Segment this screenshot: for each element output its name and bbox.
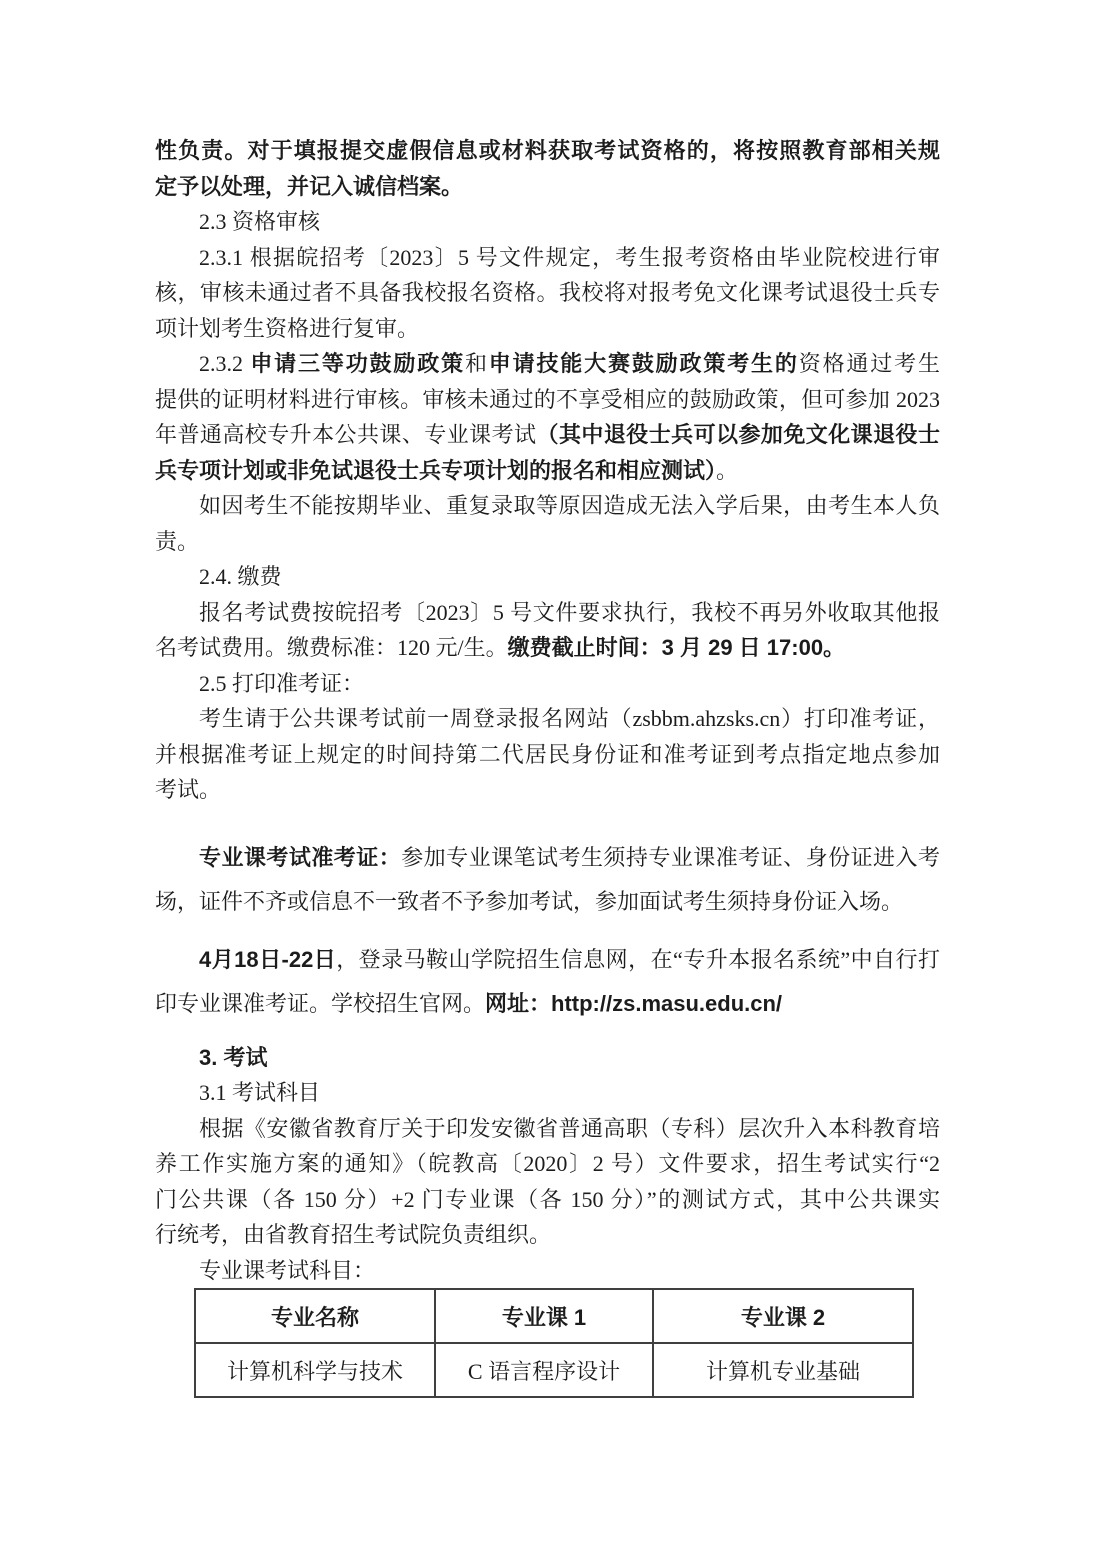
text-run: 考试。 (155, 777, 221, 802)
text-run: 报名考试费按皖招考〔2023〕5 号文件要求执行，我校不再另外收取其他报 (199, 600, 940, 625)
paragraph: 3.1 考试科目 (155, 1075, 940, 1111)
text-run: 责。 (155, 529, 199, 554)
text-run: 2.4. 缴费 (199, 564, 282, 589)
text-line: 名考试费用。缴费标准：120 元/生。缴费截止时间：3 月 29 日 17:00… (155, 630, 940, 666)
table-header-cell: 专业课 2 (653, 1289, 913, 1343)
text-run: 参加专业课笔试考生须持专业课准考证、身份证进入考 (401, 845, 940, 870)
text-line: 场，证件不齐或信息不一致者不予参加考试，参加面试考生须持身份证入场。 (155, 880, 940, 924)
text-run: 并根据准考证上规定的时间持第二代居民身份证和准考证到考点指定地点参加 (155, 742, 940, 767)
bold-text-run: 申请技能大赛鼓励政策考生的 (489, 351, 799, 376)
paragraph: 报名考试费按皖招考〔2023〕5 号文件要求执行，我校不再另外收取其他报名考试费… (155, 595, 940, 666)
bold-text-run: 4月18日-22日 (199, 947, 336, 972)
text-run: 专业课考试科目： (199, 1258, 375, 1283)
table-row: 计算机科学与技术C 语言程序设计计算机专业基础 (195, 1343, 913, 1397)
text-line: 门公共课（各 150 分）+2 门专业课（各 150 分）”的测试方式，其中公共… (155, 1182, 940, 1218)
paragraph: 2.3.1 根据皖招考〔2023〕5 号文件规定，考生报考资格由毕业院校进行审核… (155, 240, 940, 347)
paragraph: 4月18日-22日，登录马鞍山学院招生信息网，在“专升本报名系统”中自行打印专业… (155, 938, 940, 1026)
text-line: 责。 (155, 524, 940, 560)
paragraph: 2.3 资格审核 (155, 204, 940, 240)
subject-table: 专业名称专业课 1专业课 2计算机科学与技术C 语言程序设计计算机专业基础 (194, 1288, 914, 1398)
text-run: 养工作实施方案的通知》（皖教高〔2020〕2 号）文件要求，招生考试实行“2 (155, 1151, 940, 1176)
table-header-cell: 专业课 1 (435, 1289, 653, 1343)
text-line: 核，审核未通过者不具备我校报名资格。我校将对报考免文化课考试退役士兵专 (155, 275, 940, 311)
text-line: 2.4. 缴费 (155, 559, 940, 595)
text-line: 2.3.1 根据皖招考〔2023〕5 号文件规定，考生报考资格由毕业院校进行审 (155, 240, 940, 276)
text-line: 3. 考试 (155, 1040, 940, 1076)
text-line: 专业课考试准考证：参加专业课笔试考生须持专业课准考证、身份证进入考 (155, 836, 940, 880)
table-cell: 计算机专业基础 (653, 1343, 913, 1397)
table-cell: 计算机科学与技术 (195, 1343, 435, 1397)
bold-text-run: 网址：http://zs.masu.edu.cn/ (485, 991, 782, 1016)
text-line: 4月18日-22日，登录马鞍山学院招生信息网，在“专升本报名系统”中自行打 (155, 938, 940, 982)
text-run: 考生请于公共课考试前一周登录报名网站（zsbbm.ahzsks.cn）打印准考证… (199, 706, 940, 731)
bold-text-run: 专业课考试准考证： (199, 845, 401, 870)
text-run: 名考试费用。缴费标准：120 元/生。 (155, 635, 508, 660)
text-line: 养工作实施方案的通知》（皖教高〔2020〕2 号）文件要求，招生考试实行“2 (155, 1146, 940, 1182)
bold-text-run: 性负责。对于填报提交虚假信息或材料获取考试资格的，将按照教育部相关规 (155, 138, 940, 163)
table-cell: C 语言程序设计 (435, 1343, 653, 1397)
bold-text-run: 缴费截止时间：3 月 29 日 17:00。 (508, 635, 845, 660)
text-line: 行统考，由省教育招生考试院负责组织。 (155, 1217, 940, 1253)
text-run: 如因考生不能按期毕业、重复录取等原因造成无法入学后果，由考生本人负 (199, 493, 940, 518)
text-run: ，登录马鞍山学院招生信息网，在“专升本报名系统”中自行打 (336, 947, 940, 972)
table-header-cell: 专业名称 (195, 1289, 435, 1343)
text-run: 2.3.2 (199, 351, 250, 376)
text-line: 兵专项计划或非免试退役士兵专项计划的报名和相应测试）。 (155, 453, 940, 489)
text-line: 考生请于公共课考试前一周登录报名网站（zsbbm.ahzsks.cn）打印准考证… (155, 701, 940, 737)
text-run: 2.3.1 根据皖招考〔2023〕5 号文件规定，考生报考资格由毕业院校进行审 (199, 245, 940, 270)
text-run: 项计划考生资格进行复审。 (155, 316, 419, 341)
text-run: 场，证件不齐或信息不一致者不予参加考试，参加面试考生须持身份证入场。 (155, 889, 903, 914)
document-body: 性负责。对于填报提交虚假信息或材料获取考试资格的，将按照教育部相关规定予以处理，… (155, 133, 940, 1398)
text-run: 。 (716, 458, 738, 483)
bold-text-run: 申请三等功鼓励政策 (250, 351, 465, 376)
text-line: 3.1 考试科目 (155, 1075, 940, 1111)
text-line: 定予以处理，并记入诚信档案。 (155, 169, 940, 205)
paragraph: 如因考生不能按期毕业、重复录取等原因造成无法入学后果，由考生本人负责。 (155, 488, 940, 559)
paragraph: 2.4. 缴费 (155, 559, 940, 595)
bold-text-run: 定予以处理，并记入诚信档案。 (155, 174, 463, 199)
text-line: 根据《安徽省教育厅关于印发安徽省普通高职（专科）层次升入本科教育培 (155, 1111, 940, 1147)
text-run: 年普通高校专升本公共课、专业课考试 (155, 422, 537, 447)
document-page: 性负责。对于填报提交虚假信息或材料获取考试资格的，将按照教育部相关规定予以处理，… (0, 0, 1102, 1559)
text-run: 资格通过考生 (799, 351, 940, 376)
text-run: 核，审核未通过者不具备我校报名资格。我校将对报考免文化课考试退役士兵专 (155, 280, 940, 305)
text-run: 和 (465, 351, 489, 376)
text-line: 性负责。对于填报提交虚假信息或材料获取考试资格的，将按照教育部相关规 (155, 133, 940, 169)
text-line: 项计划考生资格进行复审。 (155, 311, 940, 347)
text-run: 印专业课准考证。学校招生官网。 (155, 991, 485, 1016)
paragraph: 根据《安徽省教育厅关于印发安徽省普通高职（专科）层次升入本科教育培养工作实施方案… (155, 1111, 940, 1253)
text-run: 门公共课（各 150 分）+2 门专业课（各 150 分）”的测试方式，其中公共… (155, 1187, 940, 1212)
text-line: 专业课考试科目： (155, 1253, 940, 1289)
paragraph: 3. 考试 (155, 1040, 940, 1076)
text-line: 提供的证明材料进行审核。审核未通过的不享受相应的鼓励政策，但可参加 2023 (155, 382, 940, 418)
text-line: 2.3.2 申请三等功鼓励政策和申请技能大赛鼓励政策考生的资格通过考生 (155, 346, 940, 382)
text-line: 2.5 打印准考证： (155, 666, 940, 702)
paragraph: 专业课考试准考证：参加专业课笔试考生须持专业课准考证、身份证进入考场，证件不齐或… (155, 836, 940, 924)
text-line: 报名考试费按皖招考〔2023〕5 号文件要求执行，我校不再另外收取其他报 (155, 595, 940, 631)
paragraph: 考生请于公共课考试前一周登录报名网站（zsbbm.ahzsks.cn）打印准考证… (155, 701, 940, 808)
text-line: 年普通高校专升本公共课、专业课考试（其中退役士兵可以参加免文化课退役士 (155, 417, 940, 453)
text-line: 考试。 (155, 772, 940, 808)
bold-text-run: 兵专项计划或非免试退役士兵专项计划的报名和相应测试） (155, 458, 716, 483)
text-run: 提供的证明材料进行审核。审核未通过的不享受相应的鼓励政策，但可参加 2023 (155, 387, 940, 412)
text-run: 根据《安徽省教育厅关于印发安徽省普通高职（专科）层次升入本科教育培 (199, 1116, 940, 1141)
paragraph: 专业课考试科目： (155, 1253, 940, 1289)
text-line: 如因考生不能按期毕业、重复录取等原因造成无法入学后果，由考生本人负 (155, 488, 940, 524)
text-line: 印专业课准考证。学校招生官网。网址：http://zs.masu.edu.cn/ (155, 982, 940, 1026)
table-header-row: 专业名称专业课 1专业课 2 (195, 1289, 913, 1343)
paragraph: 性负责。对于填报提交虚假信息或材料获取考试资格的，将按照教育部相关规定予以处理，… (155, 133, 940, 204)
paragraph: 2.5 打印准考证： (155, 666, 940, 702)
text-run: 行统考，由省教育招生考试院负责组织。 (155, 1222, 551, 1247)
text-line: 2.3 资格审核 (155, 204, 940, 240)
bold-text-run: （其中退役士兵可以参加免文化课退役士 (537, 422, 941, 447)
text-run: 3.1 考试科目 (199, 1080, 320, 1105)
text-run: 2.3 资格审核 (199, 209, 320, 234)
text-line: 并根据准考证上规定的时间持第二代居民身份证和准考证到考点指定地点参加 (155, 737, 940, 773)
bold-text-run: 3. 考试 (199, 1045, 267, 1070)
paragraph: 2.3.2 申请三等功鼓励政策和申请技能大赛鼓励政策考生的资格通过考生提供的证明… (155, 346, 940, 488)
text-run: 2.5 打印准考证： (199, 671, 364, 696)
